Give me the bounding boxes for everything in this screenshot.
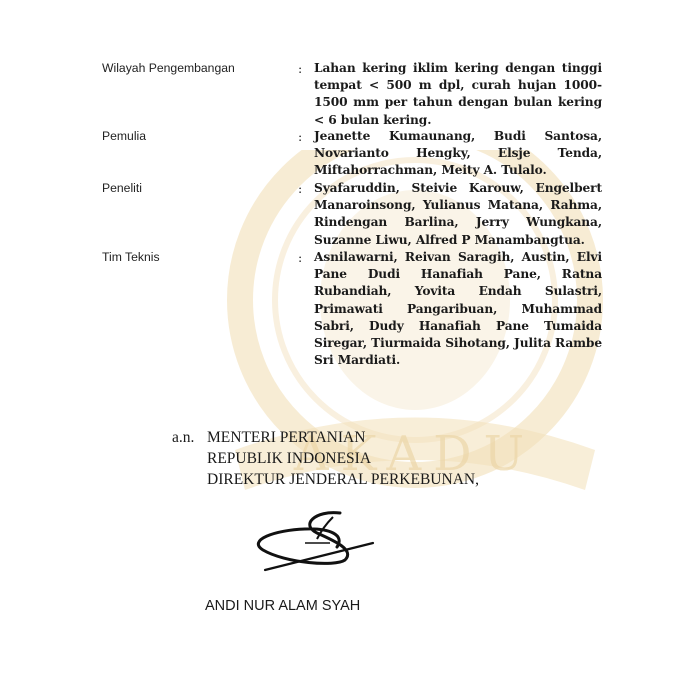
field-value: Lahan kering iklim kering dengan tinggi … bbox=[314, 60, 602, 129]
field-separator: : bbox=[298, 60, 302, 77]
field-separator: : bbox=[298, 249, 302, 266]
signer-name: ANDI NUR ALAM SYAH bbox=[205, 598, 360, 614]
field-label: Wilayah Pengembangan bbox=[102, 60, 282, 77]
signature-line-minister: MENTERI PERTANIAN bbox=[207, 428, 365, 448]
signature-line-director: DIREKTUR JENDERAL PERKEBUNAN, bbox=[207, 470, 479, 490]
field-separator: : bbox=[298, 180, 302, 197]
field-value: Syafaruddin, Steivie Karouw, Engelbert M… bbox=[314, 180, 602, 249]
field-value: Asnilawarni, Reivan Saragih, Austin, Elv… bbox=[314, 249, 602, 369]
signature-line-republic: REPUBLIK INDONESIA bbox=[207, 449, 371, 469]
handwritten-signature-icon bbox=[245, 505, 375, 580]
field-value: Jeanette Kumaunang, Budi Santosa, Novari… bbox=[314, 128, 602, 180]
field-separator: : bbox=[298, 128, 302, 145]
signature-prefix: a.n. bbox=[172, 428, 194, 448]
field-label: Pemulia bbox=[102, 128, 282, 145]
field-label: Tim Teknis bbox=[102, 249, 282, 266]
field-label: Peneliti bbox=[102, 180, 282, 197]
